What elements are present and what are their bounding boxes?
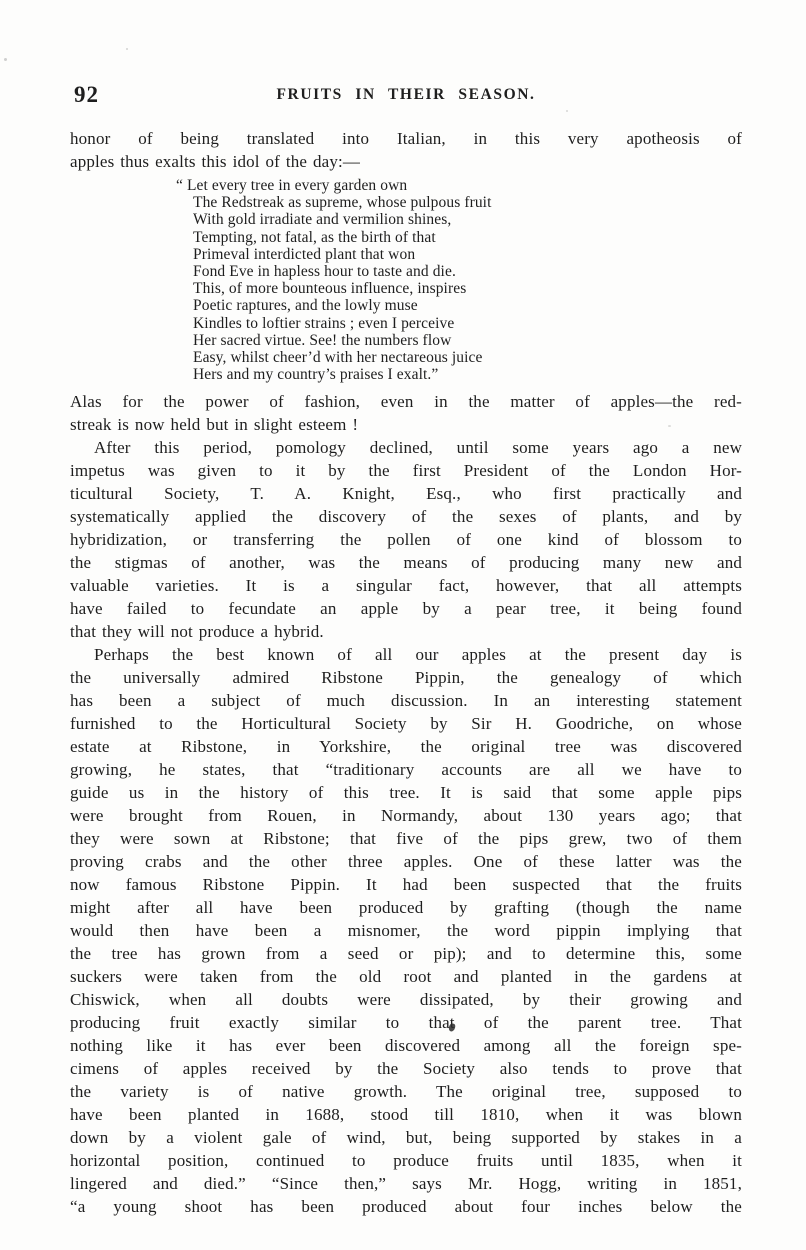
text-line: down by a violent gale of wind, but, bei… <box>70 1126 742 1149</box>
text-line: Primeval interdicted plant that won <box>193 246 742 263</box>
text-line: nothing like it has ever been discovered… <box>70 1034 742 1057</box>
scan-speck <box>4 58 7 61</box>
text-line: horizontal position, continued to produc… <box>70 1149 742 1172</box>
page-header: 92 FRUITS IN THEIR SEASON. <box>70 82 742 112</box>
text-line: would then have been a misnomer, the wor… <box>70 919 742 942</box>
text-line: cimens of apples received by the Society… <box>70 1057 742 1080</box>
text-line: furnished to the Horticultural Society b… <box>70 712 742 735</box>
text-line: the stigmas of another, was the means of… <box>70 551 742 574</box>
text-line: were brought from Rouen, in Normandy, ab… <box>70 804 742 827</box>
text-line: guide us in the history of this tree. It… <box>70 781 742 804</box>
text-line: apples thus exalts this idol of the day:… <box>70 150 742 173</box>
text-line: Her sacred virtue. See! the numbers flow <box>193 332 742 349</box>
text-line: Fond Eve in hapless hour to taste and di… <box>193 263 742 280</box>
text-line: streak is now held but in slight esteem … <box>70 413 742 436</box>
text-line: Perhaps the best known of all our apples… <box>70 643 742 666</box>
text-line: Tempting, not fatal, as the birth of tha… <box>193 229 742 246</box>
poem-quote: “ Let every tree in every garden ownThe … <box>70 177 742 383</box>
text-line: After this period, pomology declined, un… <box>70 436 742 459</box>
text-line: impetus was given to it by the first Pre… <box>70 459 742 482</box>
paragraph-alas: Alas for the power of fashion, even in t… <box>70 390 742 436</box>
text-line: “ Let every tree in every garden own <box>193 177 742 194</box>
text-line: honor of being translated into Italian, … <box>70 127 742 150</box>
running-title: FRUITS IN THEIR SEASON. <box>70 86 742 104</box>
text-line: estate at Ribstone, in Yorkshire, the or… <box>70 735 742 758</box>
text-line: Hers and my country’s praises I exalt.” <box>193 366 742 383</box>
text-line: Kindles to loftier strains ; even I perc… <box>193 315 742 332</box>
scan-speck <box>126 48 128 50</box>
text-line: systematically applied the discovery of … <box>70 505 742 528</box>
text-line: valuable varieties. It is a singular fac… <box>70 574 742 597</box>
text-line: ticultural Society, T. A. Knight, Esq., … <box>70 482 742 505</box>
text-line: the tree has grown from a seed or pip); … <box>70 942 742 965</box>
text-line: producing fruit exactly similar to that … <box>70 1011 742 1034</box>
text-line: suckers were taken from the old root and… <box>70 965 742 988</box>
text-line: proving crabs and the other three apples… <box>70 850 742 873</box>
text-line: lingered and died.” “Since then,” says M… <box>70 1172 742 1195</box>
text-line: now famous Ribstone Pippin. It had been … <box>70 873 742 896</box>
text-line: Poetic raptures, and the lowly muse <box>193 297 742 314</box>
text-line: they were sown at Ribstone; that five of… <box>70 827 742 850</box>
text-line: growing, he states, that “traditionary a… <box>70 758 742 781</box>
paragraph-intro: honor of being translated into Italian, … <box>70 127 742 173</box>
text-line: the variety is of native growth. The ori… <box>70 1080 742 1103</box>
text-line: The Redstreak as supreme, whose pulpous … <box>193 194 742 211</box>
text-line: With gold irradiate and vermilion shines… <box>193 211 742 228</box>
text-line: “a young shoot has been produced about f… <box>70 1195 742 1218</box>
paragraph-ribstone-pippin: Perhaps the best known of all our apples… <box>70 643 742 1218</box>
paragraph-pomology: After this period, pomology declined, un… <box>70 436 742 643</box>
text-line: have been planted in 1688, stood till 18… <box>70 1103 742 1126</box>
text-line: Easy, whilst cheer’d with her nectareous… <box>193 349 742 366</box>
text-line: that they will not produce a hybrid. <box>70 620 742 643</box>
text-line: Alas for the power of fashion, even in t… <box>70 390 742 413</box>
text-line: might after all have been produced by gr… <box>70 896 742 919</box>
text-line: has been a subject of much discussion. I… <box>70 689 742 712</box>
scan-speck <box>668 425 671 427</box>
text-line: hybridization, or transferring the polle… <box>70 528 742 551</box>
scan-speck <box>566 110 568 112</box>
text-block: honor of being translated into Italian, … <box>70 127 742 1218</box>
text-line: have failed to fecundate an apple by a p… <box>70 597 742 620</box>
text-line: the universally admired Ribstone Pippin,… <box>70 666 742 689</box>
text-line: This, of more bounteous influence, inspi… <box>193 280 742 297</box>
text-line: Chiswick, when all doubts were dissipate… <box>70 988 742 1011</box>
book-page: 92 FRUITS IN THEIR SEASON. honor of bein… <box>0 0 806 1250</box>
